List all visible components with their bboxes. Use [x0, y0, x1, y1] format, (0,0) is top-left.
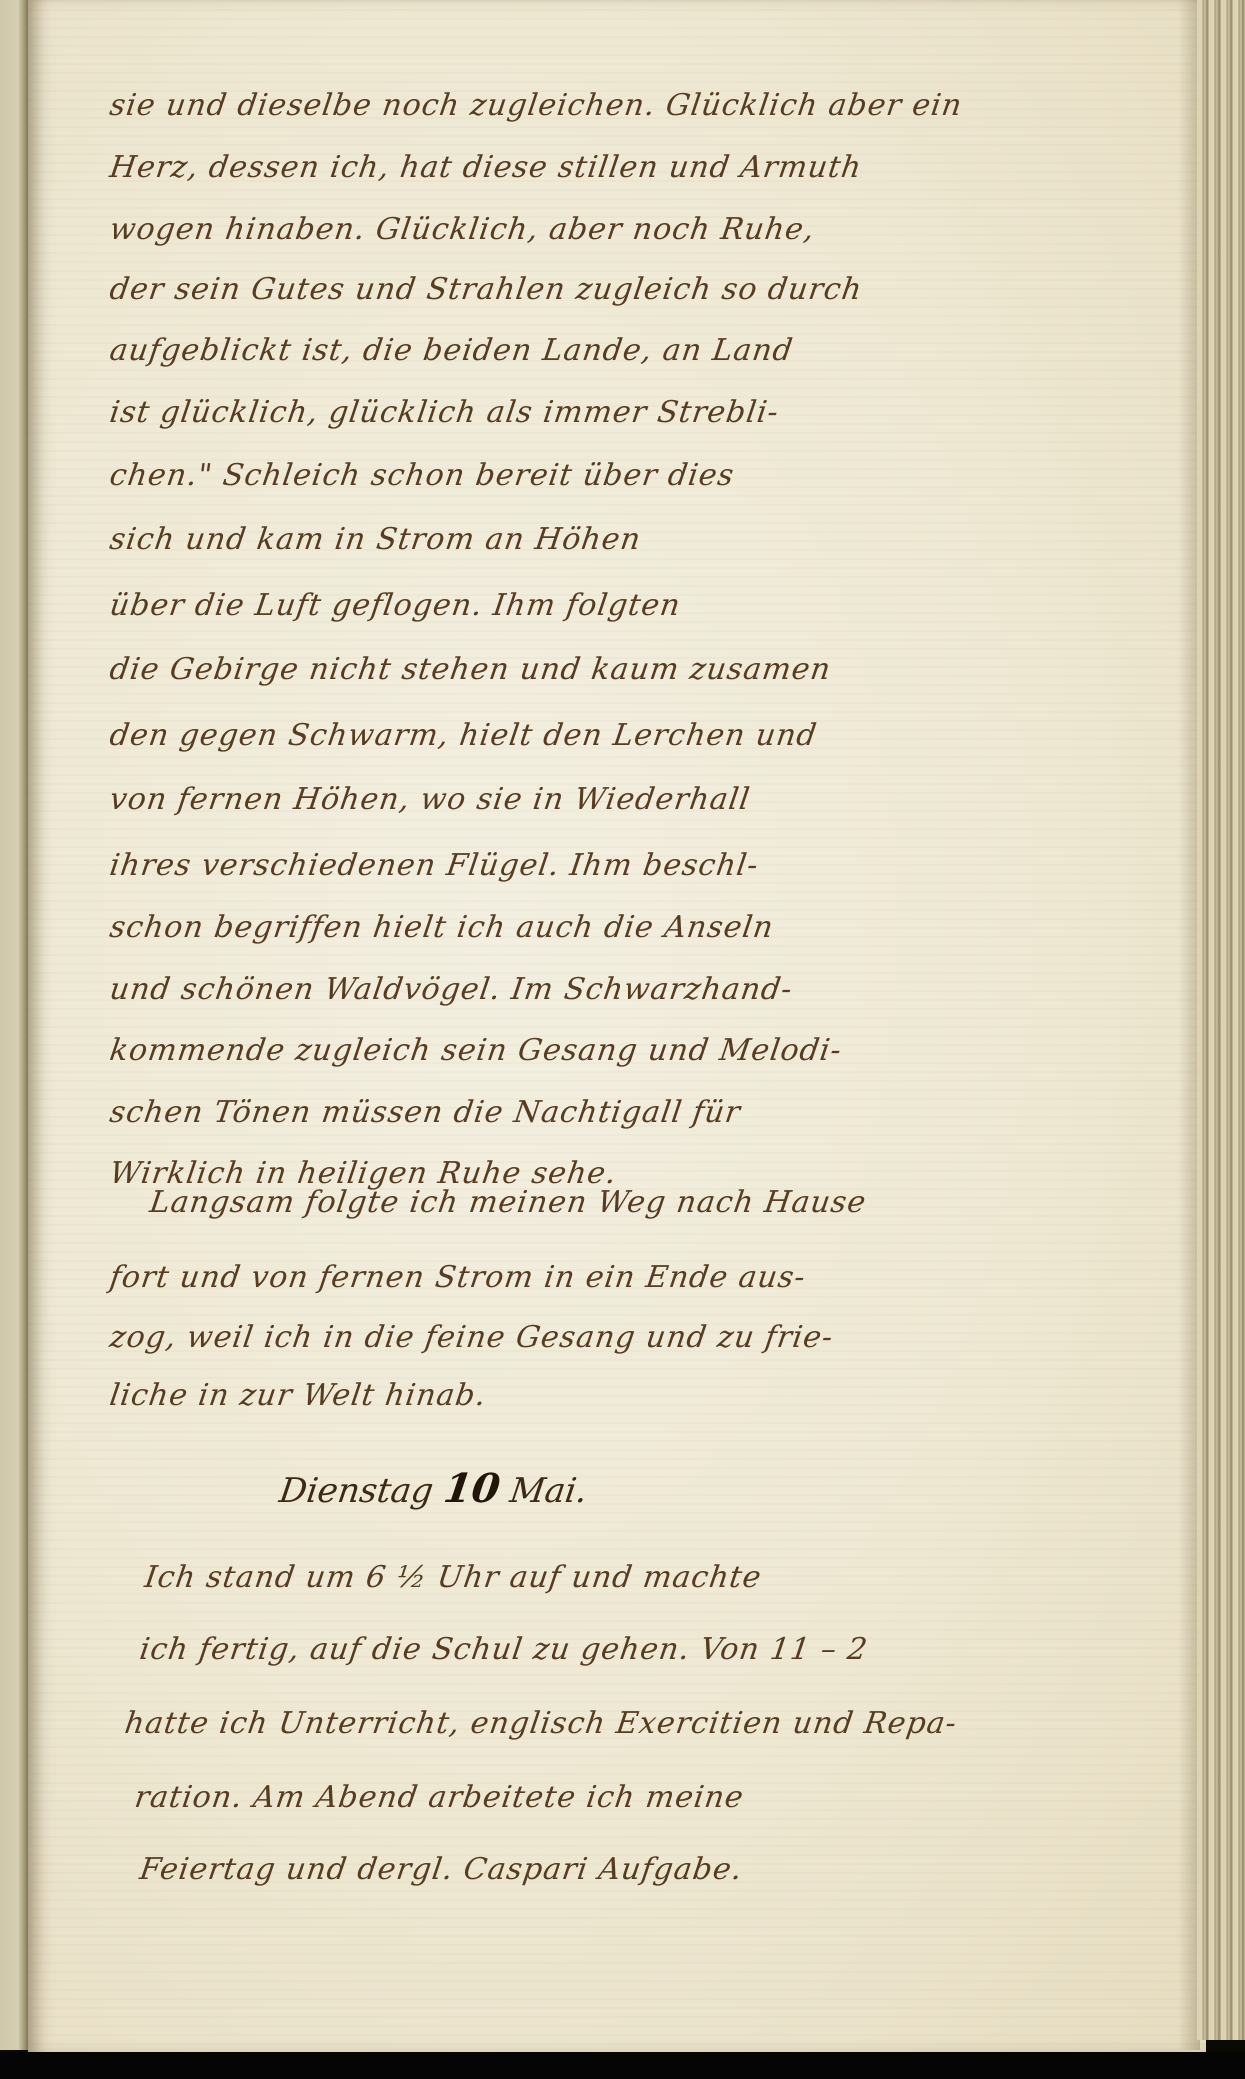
text-line: aufgeblickt ist, die beiden Lande, an La… — [108, 333, 796, 368]
text-line: fort und von fernen Strom in ein Ende au… — [108, 1260, 809, 1295]
text-line: Ich stand um 6 ½ Uhr auf und machte — [143, 1560, 764, 1595]
text-line: sich und kam in Strom an Höhen — [108, 522, 644, 557]
text-line: von fernen Höhen, wo sie in Wiederhall — [108, 782, 753, 817]
text-line: zog, weil ich in die feine Gesang und zu… — [108, 1320, 836, 1355]
text-line: ist glücklich, glücklich als immer Streb… — [108, 395, 782, 430]
text-line: liche in zur Welt hinab. — [108, 1378, 489, 1413]
text-line: hatte ich Unterricht, englisch Exercitie… — [123, 1706, 960, 1741]
scan-bottom-border — [0, 2052, 1245, 2079]
date-month: Mai. — [507, 1471, 589, 1511]
text-line: wogen hinaben. Glücklich, aber noch Ruhe… — [108, 212, 817, 247]
text-line: ihres verschiedenen Flügel. Ihm beschl- — [108, 848, 761, 883]
text-line: schen Tönen müssen die Nachtigall für — [108, 1095, 743, 1130]
left-page-edge — [0, 0, 30, 2050]
text-line: chen." Schleich schon bereit über dies — [108, 458, 737, 493]
text-line: sie und dieselbe noch zugleichen. Glückl… — [108, 88, 965, 123]
text-line: der sein Gutes und Strahlen zugleich so … — [108, 272, 865, 307]
text-line: ich fertig, auf die Schul zu gehen. Von … — [138, 1632, 871, 1667]
text-line: den gegen Schwarm, hielt den Lerchen und — [108, 718, 820, 753]
text-line: und schönen Waldvögel. Im Schwarzhand- — [108, 972, 795, 1007]
page-stack-edges — [1197, 0, 1245, 2040]
text-line: kommende zugleich sein Gesang und Melodi… — [108, 1033, 845, 1068]
text-line: über die Luft geflogen. Ihm folgten — [108, 588, 683, 623]
text-line: ration. Am Abend arbeitete ich meine — [133, 1780, 747, 1815]
date-day: 10 — [441, 1465, 503, 1512]
manuscript-page — [28, 0, 1206, 2052]
text-line: schon begriffen hielt ich auch die Ansel… — [108, 910, 776, 945]
date-weekday: Dienstag — [277, 1471, 436, 1511]
text-line-indented: Langsam folgte ich meinen Weg nach Hause — [148, 1185, 869, 1220]
text-line: Herz, dessen ich, hat diese stillen und … — [108, 150, 865, 185]
text-line: die Gebirge nicht stehen und kaum zusame… — [108, 652, 834, 687]
text-line: Feiertag und dergl. Caspari Aufgabe. — [138, 1852, 745, 1887]
date-heading: Dienstag 10 Mai. — [277, 1465, 591, 1512]
